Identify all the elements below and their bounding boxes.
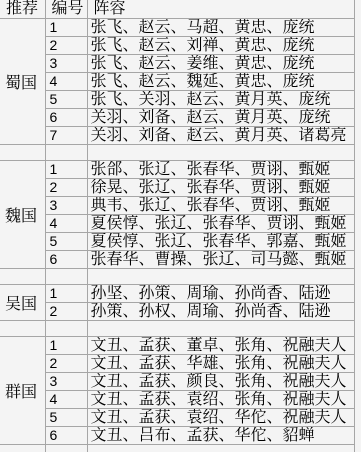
row-number: 5: [45, 233, 87, 251]
row-number: 2: [45, 37, 87, 55]
table-row: 5 张飞、关羽、赵云、黄月英、庞统: [0, 91, 354, 109]
row-number: 6: [45, 427, 87, 445]
spacer-cell: [0, 145, 45, 161]
row-number: 4: [45, 391, 87, 409]
row-lineup: 文丑、孟获、颜良、张角、祝融夫人: [87, 373, 354, 391]
row-number: 2: [45, 355, 87, 373]
group-spacer-row: [0, 269, 354, 285]
spacer-cell: [87, 269, 354, 285]
row-number: 6: [45, 251, 87, 269]
row-number: 3: [45, 197, 87, 215]
spacer-cell: [87, 445, 354, 452]
spacer-cell: [0, 269, 45, 285]
row-lineup: 张飞、赵云、马超、黄忠、庞统: [87, 19, 354, 37]
table-row: 吴国 1 孙坚、孙策、周瑜、孙尚香、陆逊: [0, 285, 354, 303]
row-number: 4: [45, 215, 87, 233]
row-lineup: 关羽、刘备、赵云、黄月英、庞统: [87, 109, 354, 127]
row-lineup: 文丑、孟获、袁绍、华佗、祝融夫人: [87, 409, 354, 427]
table-row: 2 徐晃、张辽、张春华、贾诩、甄姬: [0, 179, 354, 197]
row-lineup: 张飞、赵云、姜维、黄忠、庞统: [87, 55, 354, 73]
spacer-cell: [87, 145, 354, 161]
table-row: 3 张飞、赵云、姜维、黄忠、庞统: [0, 55, 354, 73]
table-row: 2 孙策、孙权、周瑜、孙尚香、陆逊: [0, 303, 354, 321]
row-number: 1: [45, 285, 87, 303]
table-row: 6 关羽、刘备、赵云、黄月英、庞统: [0, 109, 354, 127]
partial-spacer-row: [0, 445, 354, 452]
group-label-shu: 蜀国: [0, 19, 45, 145]
spacer-cell: [0, 321, 45, 337]
row-lineup: 文丑、吕布、孟获、华佗、貂蝉: [87, 427, 354, 445]
lineup-table: 推荐 编号 阵容 蜀国 1 张飞、赵云、马超、黄忠、庞统 2 张飞、赵云、刘禅、…: [0, 0, 355, 452]
table-row: 3 典韦、张辽、张春华、贾诩、甄姬: [0, 197, 354, 215]
table-row: 魏国 1 张郃、张辽、张春华、贾诩、甄姬: [0, 161, 354, 179]
row-lineup: 张春华、曹操、张辽、司马懿、甄姬: [87, 251, 354, 269]
row-number: 5: [45, 409, 87, 427]
row-lineup: 夏侯惇、张辽、张春华、郭嘉、甄姬: [87, 233, 354, 251]
row-lineup: 文丑、孟获、董卓、张角、祝融夫人: [87, 337, 354, 355]
header-row: 推荐 编号 阵容: [0, 0, 354, 19]
spacer-cell: [45, 321, 87, 337]
group-label-wei: 魏国: [0, 161, 45, 269]
table-row: 蜀国 1 张飞、赵云、马超、黄忠、庞统: [0, 19, 354, 37]
table-row: 5 文丑、孟获、袁绍、华佗、祝融夫人: [0, 409, 354, 427]
row-lineup: 典韦、张辽、张春华、贾诩、甄姬: [87, 197, 354, 215]
table-row: 5 夏侯惇、张辽、张春华、郭嘉、甄姬: [0, 233, 354, 251]
table-row: 2 文丑、孟获、华雄、张角、祝融夫人: [0, 355, 354, 373]
row-number: 3: [45, 55, 87, 73]
row-lineup: 夏侯惇、张辽、张春华、贾诩、甄姬: [87, 215, 354, 233]
row-lineup: 张飞、赵云、魏延、黄忠、庞统: [87, 73, 354, 91]
row-number: 3: [45, 373, 87, 391]
spacer-cell: [0, 445, 45, 452]
row-number: 4: [45, 73, 87, 91]
row-lineup: 张郃、张辽、张春华、贾诩、甄姬: [87, 161, 354, 179]
row-number: 6: [45, 109, 87, 127]
row-lineup: 孙坚、孙策、周瑜、孙尚香、陆逊: [87, 285, 354, 303]
table-row: 6 文丑、吕布、孟获、华佗、貂蝉: [0, 427, 354, 445]
row-lineup: 文丑、孟获、袁绍、张角、祝融夫人: [87, 391, 354, 409]
table-row: 6 张春华、曹操、张辽、司马懿、甄姬: [0, 251, 354, 269]
spacer-cell: [87, 321, 354, 337]
spacer-cell: [45, 145, 87, 161]
row-number: 2: [45, 303, 87, 321]
table-row: 4 文丑、孟获、袁绍、张角、祝融夫人: [0, 391, 354, 409]
table-row: 2 张飞、赵云、刘禅、黄忠、庞统: [0, 37, 354, 55]
row-number: 2: [45, 179, 87, 197]
table-row: 3 文丑、孟获、颜良、张角、祝融夫人: [0, 373, 354, 391]
row-lineup: 文丑、孟获、华雄、张角、祝融夫人: [87, 355, 354, 373]
group-label-wu: 吴国: [0, 285, 45, 321]
row-number: 7: [45, 127, 87, 145]
table-row: 7 关羽、刘备、赵云、黄月英、诸葛亮: [0, 127, 354, 145]
row-number: 1: [45, 19, 87, 37]
table-row: 4 张飞、赵云、魏延、黄忠、庞统: [0, 73, 354, 91]
row-lineup: 张飞、关羽、赵云、黄月英、庞统: [87, 91, 354, 109]
row-lineup: 孙策、孙权、周瑜、孙尚香、陆逊: [87, 303, 354, 321]
spacer-cell: [45, 445, 87, 452]
lineup-recommendation-page: 推荐 编号 阵容 蜀国 1 张飞、赵云、马超、黄忠、庞统 2 张飞、赵云、刘禅、…: [0, 0, 361, 452]
row-lineup: 张飞、赵云、刘禅、黄忠、庞统: [87, 37, 354, 55]
row-lineup: 关羽、刘备、赵云、黄月英、诸葛亮: [87, 127, 354, 145]
row-number: 1: [45, 161, 87, 179]
table-row: 群国 1 文丑、孟获、董卓、张角、祝融夫人: [0, 337, 354, 355]
header-lineup: 阵容: [87, 0, 354, 19]
header-recommend: 推荐: [0, 0, 45, 19]
row-lineup: 徐晃、张辽、张春华、贾诩、甄姬: [87, 179, 354, 197]
group-label-qun: 群国: [0, 337, 45, 445]
table-row: 4 夏侯惇、张辽、张春华、贾诩、甄姬: [0, 215, 354, 233]
group-spacer-row: [0, 145, 354, 161]
row-number: 5: [45, 91, 87, 109]
group-spacer-row: [0, 321, 354, 337]
spacer-cell: [45, 269, 87, 285]
row-number: 1: [45, 337, 87, 355]
header-number: 编号: [45, 0, 87, 19]
